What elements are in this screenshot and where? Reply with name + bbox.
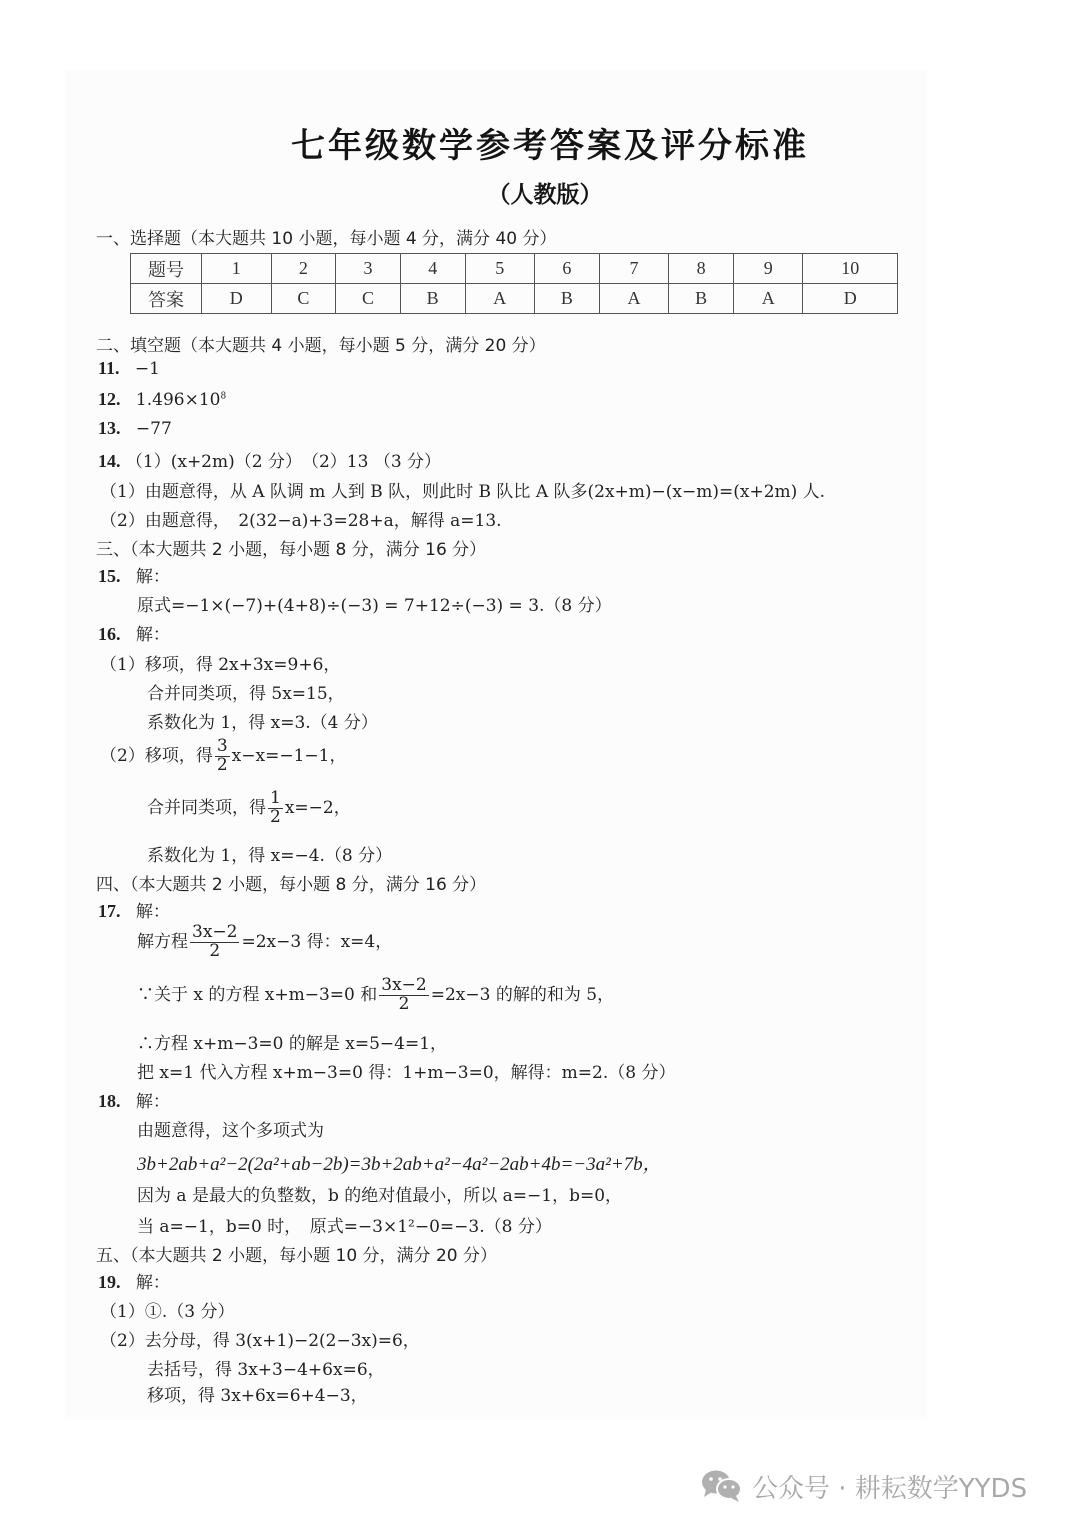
question-number: 16. bbox=[98, 624, 121, 644]
watermark: 公众号 · 耕耘数学YYDS bbox=[700, 1466, 1027, 1506]
document-subtitle: （人教版） bbox=[0, 176, 1080, 209]
table-header-answer: 答案 bbox=[131, 284, 202, 314]
answer-table: 题号 1 2 3 4 5 6 7 8 9 10 答案 D C C B A B A… bbox=[130, 253, 898, 314]
table-cell: A bbox=[465, 284, 535, 314]
answer-13: 13. −77 bbox=[98, 418, 172, 439]
q18-line-4: 当 a=−1，b=0 时， 原式=−3×1²−0=−3.（8 分） bbox=[137, 1212, 552, 1237]
q16-p1-line-2: 合并同类项，得 5x=15， bbox=[147, 679, 345, 704]
q18-header: 18. 解： bbox=[98, 1087, 170, 1112]
table-cell: 2 bbox=[271, 254, 336, 284]
text: 解方程 bbox=[137, 932, 188, 952]
q18-line-1: 由题意得，这个多项式为 bbox=[137, 1116, 324, 1141]
q17-line-2: ∵关于 x 的方程 x+m−3=0 和3x−22=2x−3 的解的和为 5， bbox=[137, 977, 614, 1014]
table-cell: B bbox=[669, 284, 734, 314]
q19-line-3: 去括号，得 3x+3−4+6x=6， bbox=[147, 1355, 385, 1380]
section-2-heading: 二、填空题（本大题共 4 小题，每小题 5 分，满分 20 分） bbox=[96, 331, 546, 356]
q16-p2-line-1: （2）移项，得32x−x=−1−1， bbox=[100, 738, 346, 775]
table-cell: 8 bbox=[669, 254, 734, 284]
q16-header: 16. 解： bbox=[98, 620, 170, 645]
table-cell: 5 bbox=[465, 254, 535, 284]
answer-12: 12. 1.496×108 bbox=[98, 389, 226, 410]
text: =2x−3 的解的和为 5， bbox=[431, 985, 614, 1005]
answer-value: 1.496×10 bbox=[136, 390, 221, 410]
solution-label: 解： bbox=[136, 567, 170, 587]
solution-label: 解： bbox=[136, 625, 170, 645]
answer-value: （1）(x+2m)（2 分） （2）13 （3 分） bbox=[126, 452, 441, 472]
answer-11: 11. −1 bbox=[98, 358, 160, 379]
section-3-heading: 三、（本大题共 2 小题，每小题 8 分，满分 16 分） bbox=[96, 535, 486, 560]
answer-value: −77 bbox=[136, 419, 172, 439]
q14-explanation-2: （2）由题意得， 2(32−a)+3=28+a，解得 a=13. bbox=[100, 506, 502, 531]
text: ∵关于 x 的方程 x+m−3=0 和 bbox=[137, 985, 377, 1005]
q19-line-1: （1）①.（3 分） bbox=[100, 1297, 234, 1322]
denominator: 2 bbox=[190, 943, 239, 961]
table-header-question: 题号 bbox=[131, 254, 202, 284]
table-cell: D bbox=[202, 284, 272, 314]
q16-p2-line-3: 系数化为 1，得 x=−4.（8 分） bbox=[147, 841, 392, 866]
table-cell: D bbox=[803, 284, 898, 314]
table-cell: C bbox=[336, 284, 401, 314]
section-5-heading: 五、（本大题共 2 小题，每小题 10 分，满分 20 分） bbox=[96, 1241, 497, 1266]
q19-line-4: 移项，得 3x+6x=6+4−3， bbox=[147, 1381, 368, 1406]
solution-label: 解： bbox=[136, 1273, 170, 1293]
table-cell: 7 bbox=[599, 254, 669, 284]
solution-label: 解： bbox=[136, 902, 170, 922]
table-cell: C bbox=[271, 284, 336, 314]
question-number: 19. bbox=[98, 1272, 121, 1292]
q16-p2-line-2: 合并同类项，得12x=−2， bbox=[147, 790, 351, 827]
table-row-answers: 答案 D C C B A B A B A D bbox=[131, 284, 898, 314]
fraction: 12 bbox=[268, 790, 283, 827]
q19-header: 19. 解： bbox=[98, 1268, 170, 1293]
q16-p1-line-1: （1）移项，得 2x+3x=9+6， bbox=[100, 650, 340, 675]
question-number: 14. bbox=[98, 451, 121, 471]
fraction: 3x−22 bbox=[379, 977, 428, 1014]
question-number: 18. bbox=[98, 1091, 121, 1111]
fraction: 32 bbox=[215, 738, 230, 775]
section-1-heading: 一、选择题（本大题共 10 小题，每小题 4 分，满分 40 分） bbox=[96, 224, 557, 249]
document-title: 七年级数学参考答案及评分标准 bbox=[0, 118, 1080, 167]
question-number: 11. bbox=[98, 358, 120, 378]
text: 合并同类项，得 bbox=[147, 798, 266, 818]
q16-p1-line-3: 系数化为 1，得 x=3.（4 分） bbox=[147, 708, 378, 733]
answer-14: 14. （1）(x+2m)（2 分） （2）13 （3 分） bbox=[98, 447, 441, 472]
table-row-questions: 题号 1 2 3 4 5 6 7 8 9 10 bbox=[131, 254, 898, 284]
table-cell: 9 bbox=[733, 254, 803, 284]
q19-line-2: （2）去分母，得 3(x+1)−2(2−3x)=6， bbox=[100, 1326, 420, 1351]
section-4-heading: 四、（本大题共 2 小题，每小题 8 分，满分 16 分） bbox=[96, 870, 486, 895]
table-cell: 4 bbox=[400, 254, 465, 284]
table-cell: B bbox=[400, 284, 465, 314]
q17-line-4: 把 x=1 代入方程 x+m−3=0 得：1+m−3=0，解得：m=2.（8 分… bbox=[137, 1058, 675, 1083]
text: （2）移项，得 bbox=[100, 746, 213, 766]
solution-label: 解： bbox=[136, 1092, 170, 1112]
q18-line-3: 因为 a 是最大的负整数，b 的绝对值最小，所以 a=−1，b=0， bbox=[137, 1181, 622, 1206]
q17-line-3: ∴方程 x+m−3=0 的解是 x=5−4=1， bbox=[137, 1029, 447, 1054]
q17-header: 17. 解： bbox=[98, 897, 170, 922]
text: x−x=−1−1， bbox=[232, 746, 347, 766]
q15-line-1: 原式=−1×(−7)+(4+8)÷(−3) = 7+12÷(−3) = 3.（8… bbox=[137, 591, 612, 616]
q17-line-1: 解方程3x−22=2x−3 得：x=4， bbox=[137, 924, 392, 961]
table-cell: 1 bbox=[202, 254, 272, 284]
q18-line-2: 3b+2ab+a²−2(2a²+ab−2b)=3b+2ab+a²−4a²−2ab… bbox=[137, 1149, 662, 1176]
wechat-icon bbox=[700, 1468, 744, 1504]
question-number: 12. bbox=[98, 389, 121, 409]
table-cell: B bbox=[535, 284, 600, 314]
denominator: 2 bbox=[379, 996, 428, 1014]
table-cell: 10 bbox=[803, 254, 898, 284]
text: =2x−3 得：x=4， bbox=[241, 932, 392, 952]
text: x=−2， bbox=[285, 798, 351, 818]
denominator: 2 bbox=[215, 757, 230, 775]
watermark-text: 公众号 · 耕耘数学YYDS bbox=[752, 1468, 1027, 1505]
q15-header: 15. 解： bbox=[98, 562, 170, 587]
question-number: 17. bbox=[98, 901, 121, 921]
table-cell: A bbox=[599, 284, 669, 314]
denominator: 2 bbox=[268, 809, 283, 827]
question-number: 13. bbox=[98, 418, 121, 438]
q14-explanation-1: （1）由题意得，从 A 队调 m 人到 B 队，则此时 B 队比 A 队多(2x… bbox=[100, 477, 825, 502]
answer-value: −1 bbox=[135, 359, 160, 379]
answer-exponent: 8 bbox=[220, 391, 226, 401]
question-number: 15. bbox=[98, 566, 121, 586]
table-cell: 3 bbox=[336, 254, 401, 284]
fraction: 3x−22 bbox=[190, 924, 239, 961]
table-cell: 6 bbox=[535, 254, 600, 284]
table-cell: A bbox=[733, 284, 803, 314]
